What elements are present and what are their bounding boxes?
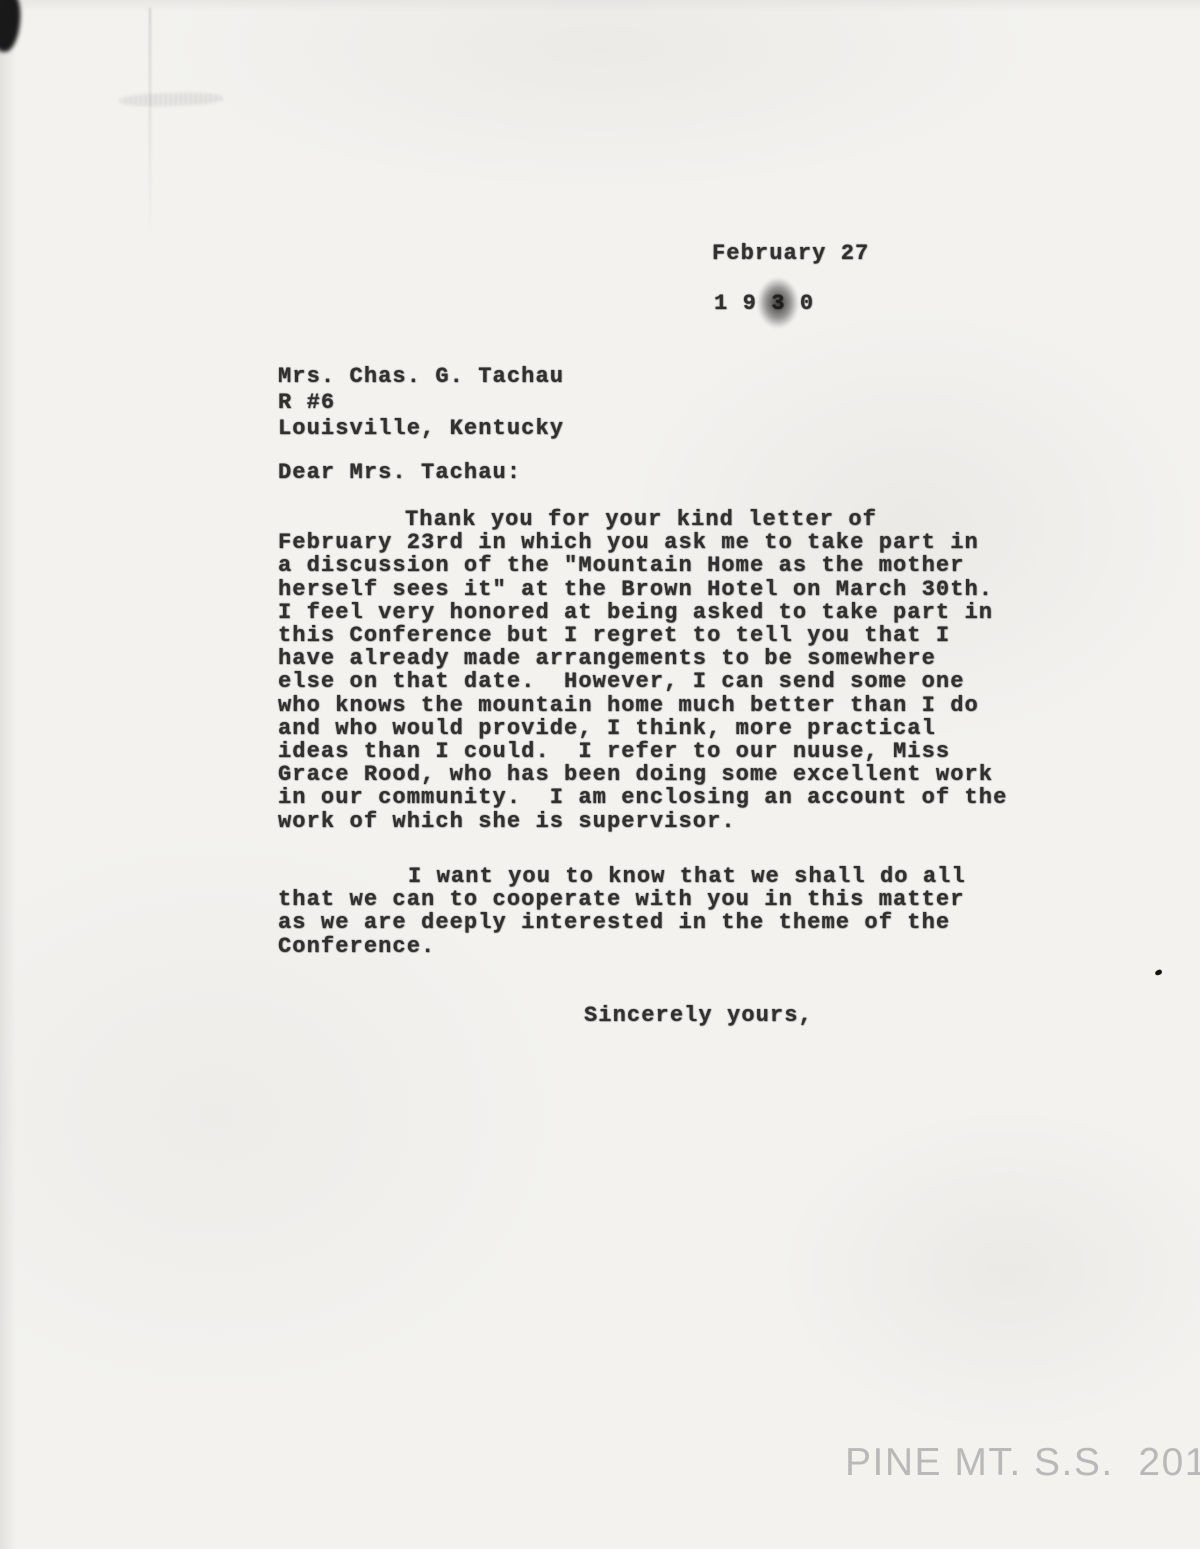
recipient-address: Mrs. Chas. G. Tachau R #6 Louisville, Ke… (278, 364, 564, 442)
closing-line: Sincerely yours, (584, 1004, 813, 1027)
faint-pencil-note (120, 92, 222, 108)
body-paragraph-1: Thank you for your kind letter of Februa… (278, 508, 1018, 833)
ink-blot (751, 270, 805, 336)
paper-crease (149, 8, 151, 243)
ink-speck (1154, 969, 1162, 976)
scanned-letter-page: February 27 1 9 3 0 Mrs. Chas. G. Tachau… (0, 0, 1200, 1549)
scan-corner-artifact (0, 0, 23, 53)
archive-watermark: PINE MT. S.S. 2018 (845, 1441, 1200, 1485)
body-paragraph-2: I want you to know that we shall do all … (278, 865, 1018, 958)
salutation: Dear Mrs. Tachau: (278, 461, 521, 484)
letter-date: February 27 (712, 242, 869, 265)
